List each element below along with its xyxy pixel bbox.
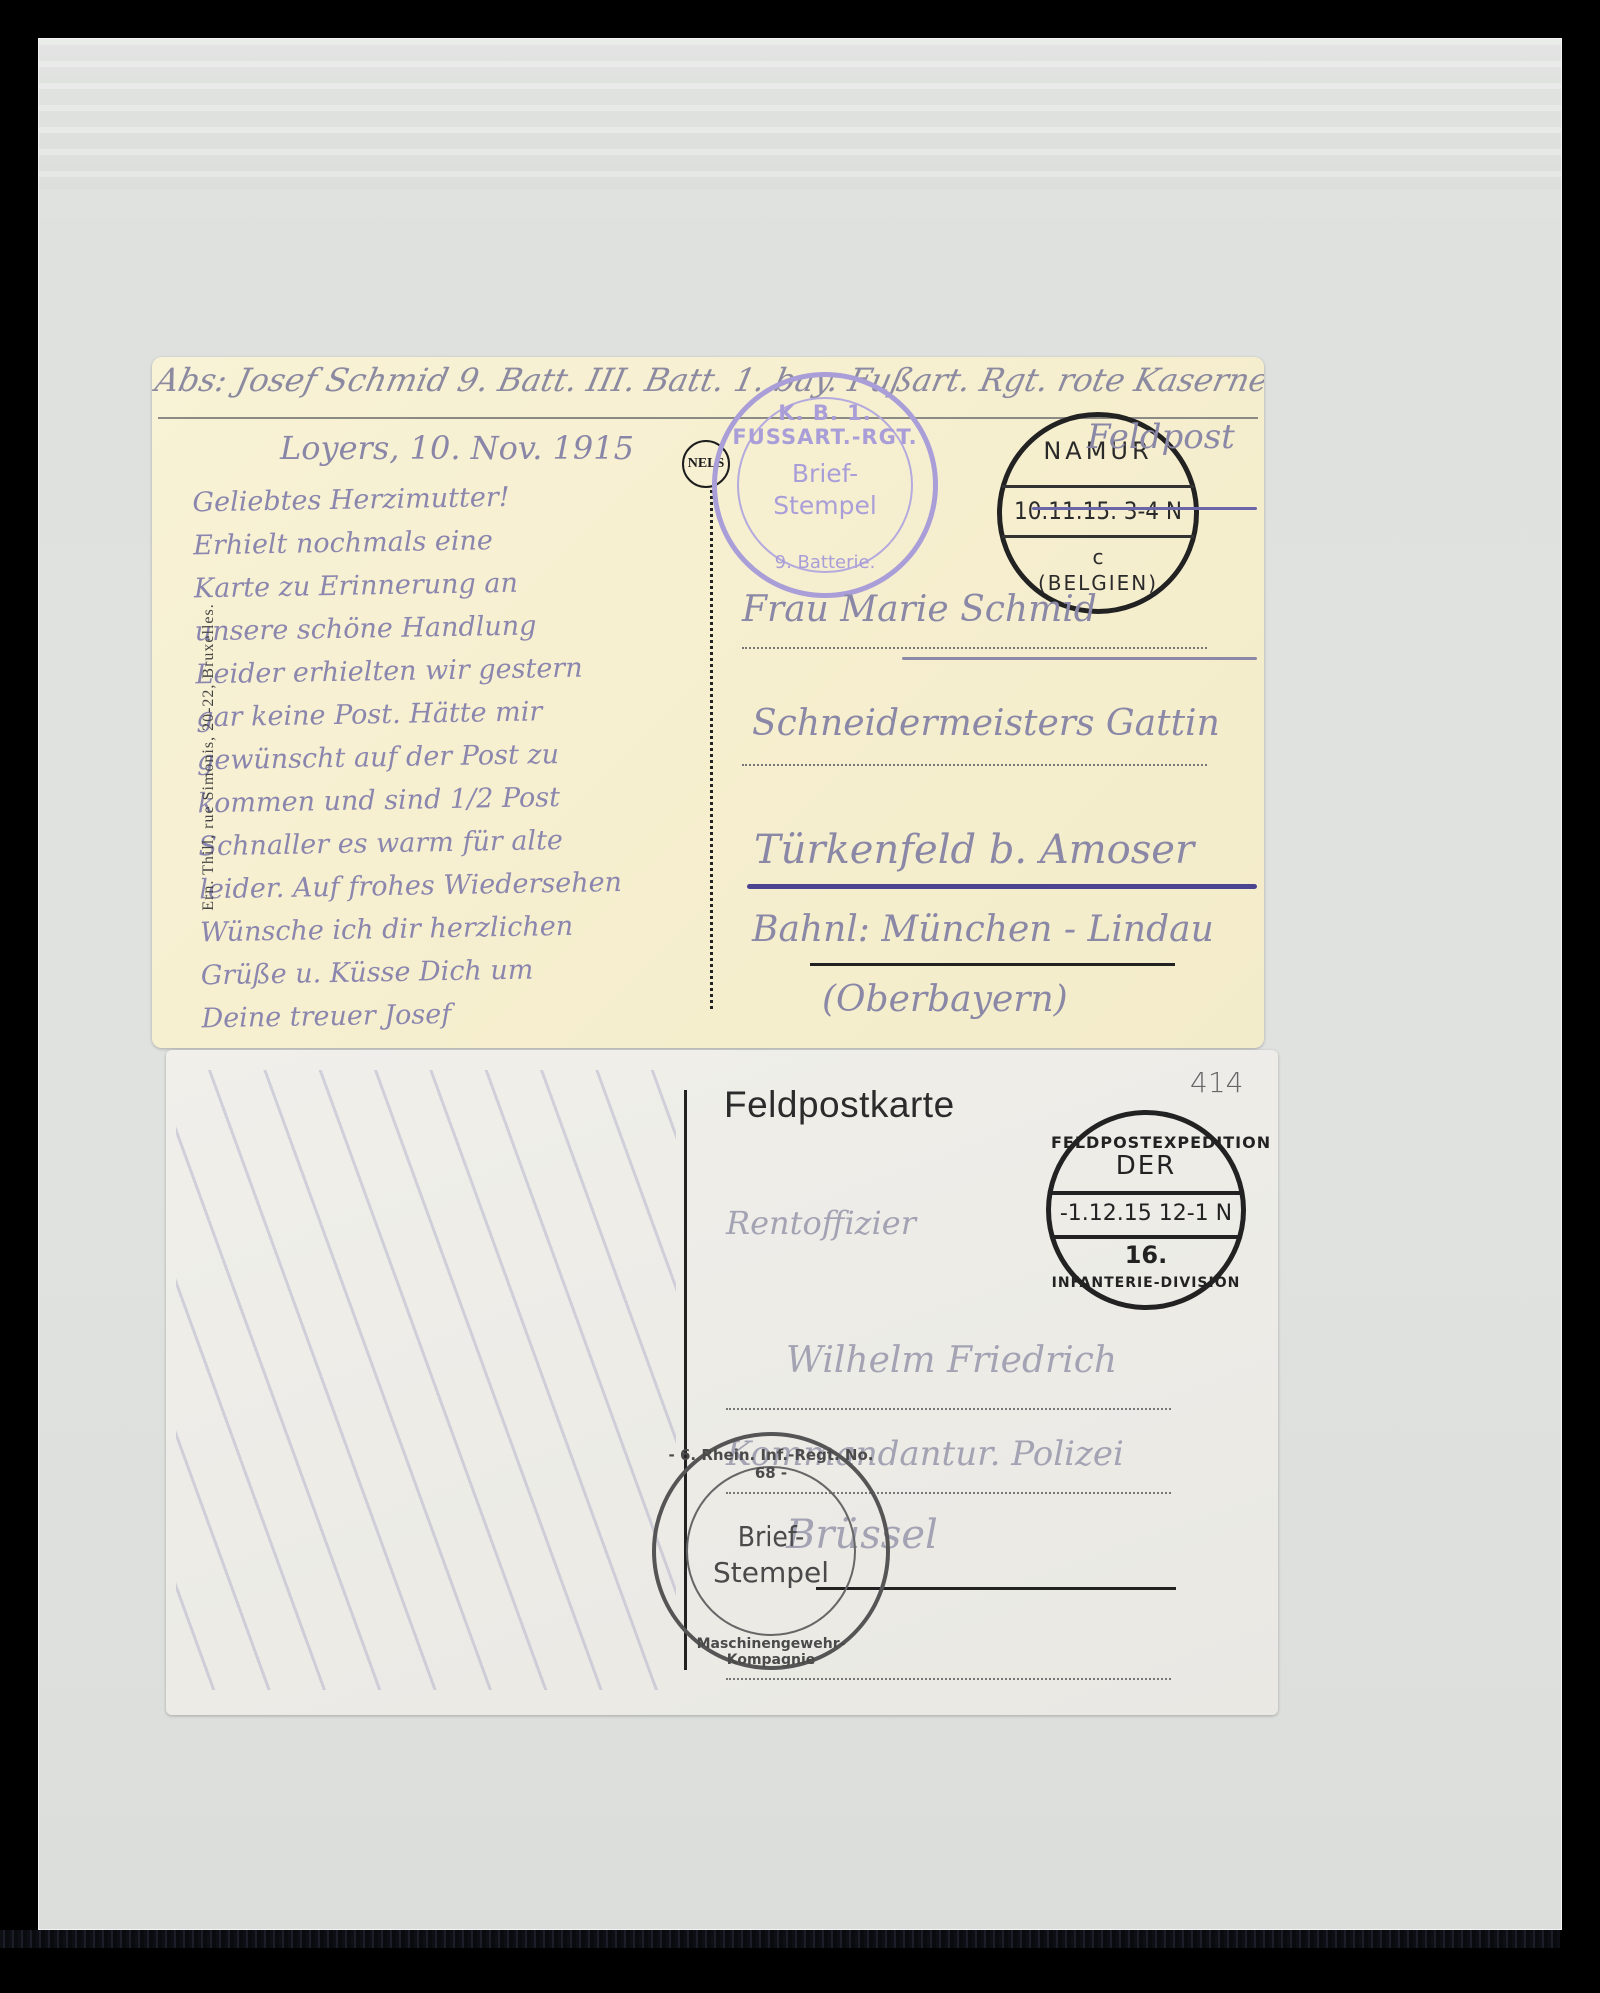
unit-cachet-stamp: K. B. 1. FUSSART.-RGT. Brief- Stempel 9.…	[712, 372, 938, 598]
address-line	[742, 764, 1207, 766]
address-line-1: Rentoffizier	[726, 1204, 916, 1242]
stamp-ring-text: - 6. Rhein. Inf.-Regt. No. 68 -	[656, 1446, 886, 1482]
postcard-2: Feldpostkarte 414 FELDPOSTEXPEDITION DER…	[166, 1050, 1278, 1715]
stamp-ring-text: K. B. 1. FUSSART.-RGT.	[717, 401, 933, 449]
ink-stroke	[1032, 507, 1257, 510]
address-line-2: Wilhelm Friedrich	[786, 1340, 1117, 1381]
message-pencil-scrawl	[176, 1070, 676, 1690]
message-line: Deine treuer Josef	[201, 989, 702, 1041]
address-line	[726, 1678, 1171, 1680]
address-line	[810, 963, 1175, 966]
stamp-center-line: Stempel	[656, 1556, 886, 1589]
postmark-der: DER	[1051, 1151, 1241, 1181]
postmark-bottom-text: INFANTERIE-DIVISION	[1051, 1275, 1241, 1291]
postmark-bar	[1051, 1235, 1241, 1239]
stamp-center-line: Brief-	[656, 1520, 886, 1553]
stamp-bottom-text: Maschinengewehr-Kompagnie	[656, 1636, 886, 1668]
ink-underline	[747, 884, 1257, 889]
address-line	[742, 647, 1207, 649]
address-line	[726, 1408, 1171, 1410]
address-recipient: Frau Marie Schmid	[742, 589, 1097, 630]
feldpost-handwriting: Feldpost	[1087, 417, 1235, 457]
address-station: Bahnl: München - Lindau	[752, 909, 1214, 950]
message-handwriting: Geliebtes Herzimutter! Erhielt nochmals …	[192, 473, 702, 1041]
sender-handwriting: Abs: Josef Schmid 9. Batt. III. Batt. 1.…	[152, 361, 1264, 399]
postmark-bar	[1002, 485, 1194, 488]
postmark-top-text: FELDPOSTEXPEDITION	[1051, 1133, 1241, 1152]
pencil-number: 414	[1190, 1066, 1243, 1099]
address-town: Türkenfeld b. Amoser	[754, 827, 1194, 873]
address-line-2: Schneidermeisters Gattin	[752, 703, 1220, 744]
postcard-1: Abs: Josef Schmid 9. Batt. III. Batt. 1.…	[152, 357, 1264, 1048]
address-region: (Oberbayern)	[822, 979, 1068, 1020]
publisher-imprint: Ern. Thill, rue Simonis, 20-22, Bruxelle…	[200, 517, 230, 997]
stamp-center-line: Brief-	[717, 459, 933, 488]
postmark-bar	[1002, 535, 1194, 538]
postmark-date: 10.11.15. 3-4 N	[1002, 497, 1194, 525]
card-title: Feldpostkarte	[724, 1084, 955, 1126]
card-divider-line	[710, 449, 713, 1009]
stamp-center-line: Stempel	[717, 491, 933, 520]
place-date-handwriting: Loyers, 10. Nov. 1915	[280, 429, 634, 467]
postmark-date: -1.12.15 12-1 N	[1051, 1201, 1241, 1226]
album-page-ruling	[39, 39, 1561, 189]
regiment-cachet-stamp: - 6. Rhein. Inf.-Regt. No. 68 - Brief- S…	[652, 1432, 890, 1670]
postmark-division-number: 16.	[1051, 1241, 1241, 1269]
page-bottom-edge	[0, 1930, 1560, 1948]
feldpost-postmark: FELDPOSTEXPEDITION DER -1.12.15 12-1 N 1…	[1046, 1110, 1246, 1310]
postmark-bar	[1051, 1191, 1241, 1195]
pencil-underline	[902, 657, 1257, 660]
stamp-bottom-text: 9. Batterie.	[717, 552, 933, 573]
postmark-code: c	[1002, 545, 1194, 569]
